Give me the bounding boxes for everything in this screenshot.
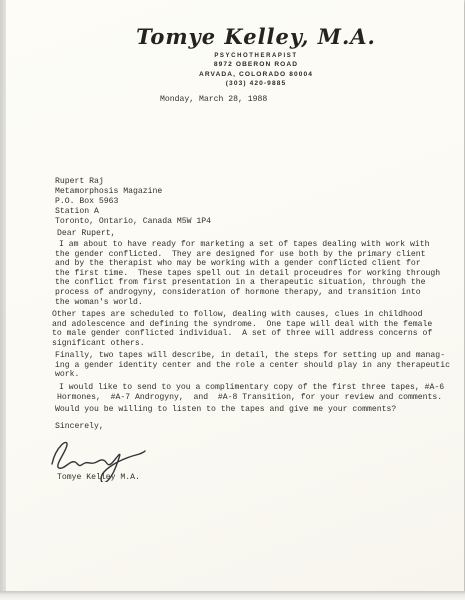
letterhead: Tomye Kelley, M.A. PSYCHOTHERAPIST 8972 … bbox=[48, 24, 464, 87]
letterhead-phone: (303) 420-9885 bbox=[48, 80, 464, 87]
scan-bottom-edge bbox=[0, 591, 465, 600]
letterhead-city-state-zip: ARVADA, COLORADO 80004 bbox=[48, 71, 464, 78]
salutation: Dear Rupert, bbox=[57, 229, 116, 239]
body-paragraph-4: I would like to send to you a compliment… bbox=[57, 383, 444, 402]
body-paragraph-3: Finally, two tapes will describe, in det… bbox=[55, 351, 450, 380]
letterhead-name: Tomye Kelley, M.A. bbox=[48, 24, 464, 49]
closing-salutation: Sincerely, bbox=[55, 422, 104, 432]
date-line: Monday, March 28, 1988 bbox=[160, 95, 267, 105]
typed-signature-name: Tomye Kelley M.A. bbox=[57, 473, 140, 483]
body-paragraph-2: Other tapes are scheduled to follow, dea… bbox=[52, 310, 432, 348]
recipient-address-block: Rupert Raj Metamorphosis Magazine P.O. B… bbox=[55, 177, 211, 227]
letterhead-profession: PSYCHOTHERAPIST bbox=[48, 53, 464, 59]
letter-page: Tomye Kelley, M.A. PSYCHOTHERAPIST 8972 … bbox=[6, 0, 464, 591]
letterhead-street-address: 8972 OBERON ROAD bbox=[48, 61, 464, 68]
scan-left-edge bbox=[0, 0, 6, 600]
scanned-letter: { "letterhead": { "name": "Tomye Kelley,… bbox=[0, 0, 465, 600]
body-paragraph-1: I am about to have ready for marketing a… bbox=[55, 240, 440, 307]
body-paragraph-5: Would you be willing to listen to the ta… bbox=[55, 405, 396, 415]
